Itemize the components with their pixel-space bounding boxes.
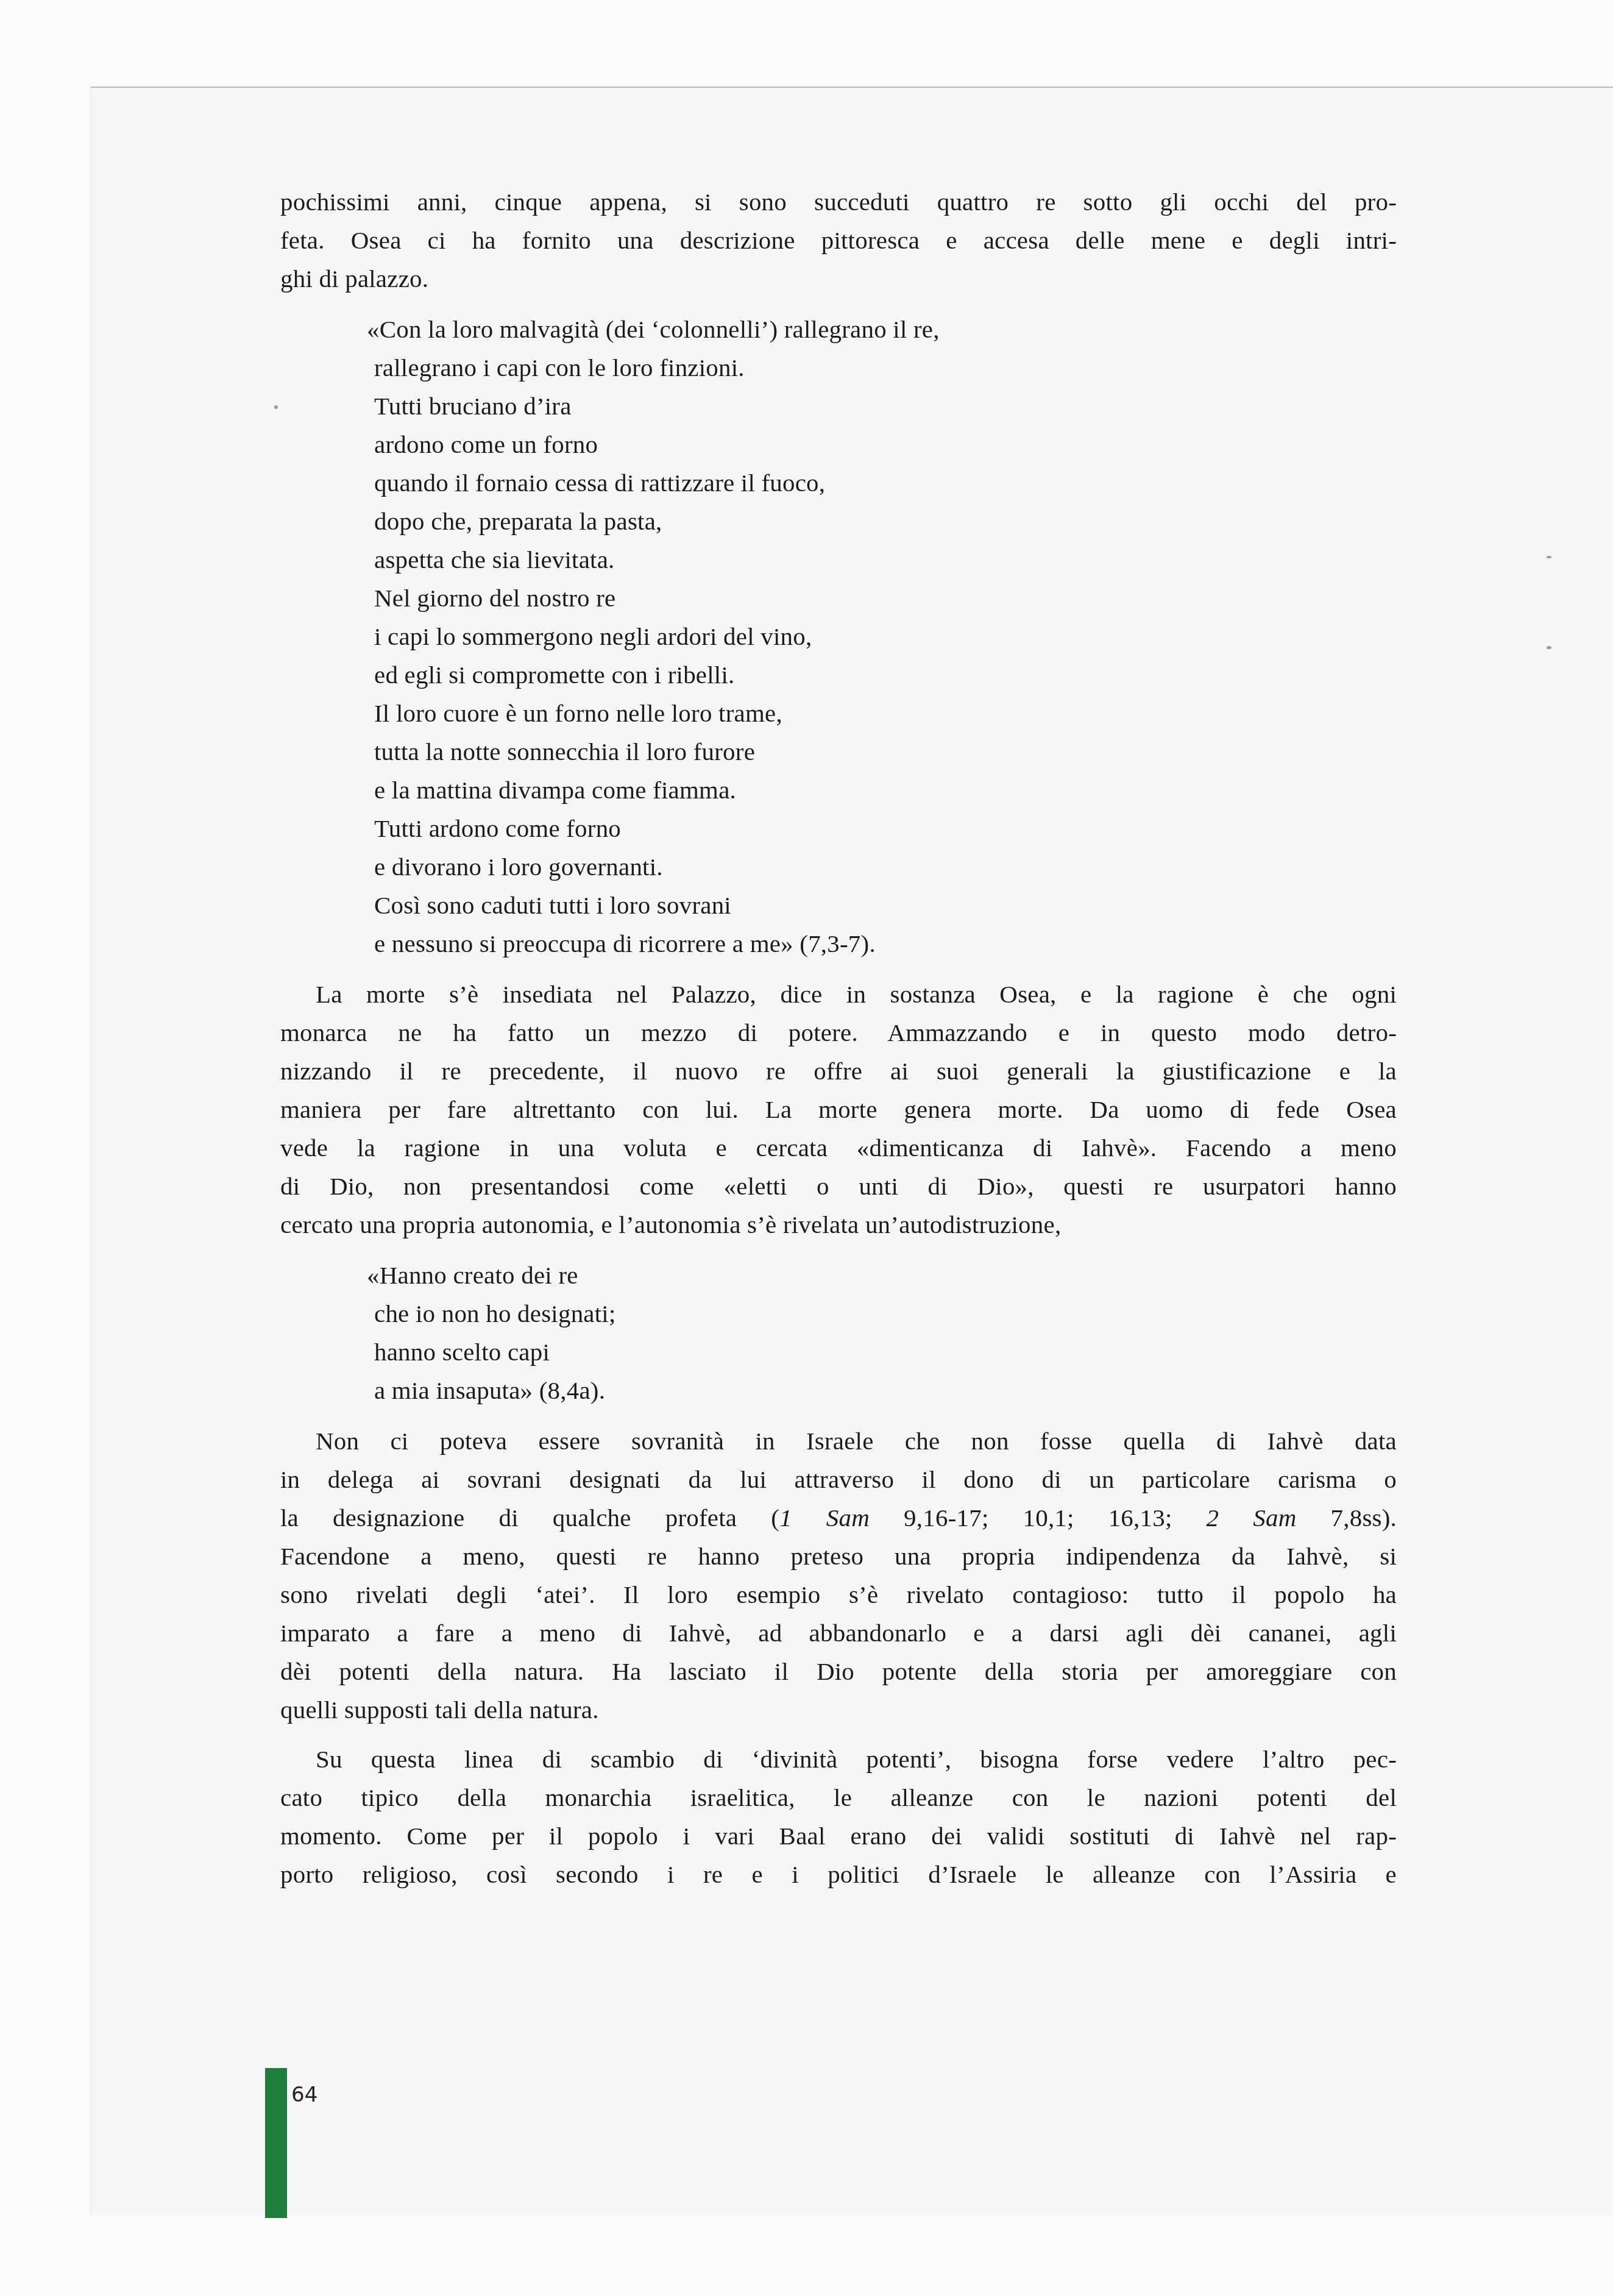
text-line: La morte s’è insediata nel Palazzo, dice… [280,975,1397,1014]
book-reference: 2 Sam [1207,1504,1297,1532]
body-text: pochissimi anni, cinque appena, si sono … [280,183,1397,1894]
paragraph-continuation: pochissimi anni, cinque appena, si sono … [280,183,1397,298]
verse-line: Il loro cuore è un forno nelle loro tram… [374,694,1397,733]
scan-speck [1547,646,1551,649]
paragraph-death-in-palace: La morte s’è insediata nel Palazzo, dice… [280,975,1397,1244]
text-line: nizzando il re precedente, il nuovo re o… [280,1052,1397,1090]
paragraph-gap [280,1729,1397,1740]
text-line: vede la ragione in una voluta e cercata … [280,1129,1397,1167]
page-number-accent-bar [265,2068,287,2218]
text-line-with-references: la designazione di qualche profeta (1 Sa… [280,1499,1397,1537]
text-fragment: 7,8ss). [1297,1504,1397,1532]
text-line: pochissimi anni, cinque appena, si sono … [280,183,1397,221]
verse-line: aspetta che sia lievitata. [374,541,1397,579]
verse-line: Tutti bruciano d’ira [374,387,1397,425]
page-number: 64 [291,2083,317,2107]
scan-speck [274,405,278,409]
text-line: dèi potenti della natura. Ha lasciato il… [280,1652,1397,1691]
text-line: ghi di palazzo. [280,260,1397,298]
text-line: feta. Osea ci ha fornito una descrizione… [280,221,1397,260]
text-fragment: la designazione di qualche profeta ( [280,1504,779,1532]
verse-line: quando il fornaio cessa di rattizzare il… [374,464,1397,502]
verse-line: e la mattina divampa come fiamma. [374,771,1397,809]
verse-line: ed egli si compromette con i ribelli. [374,656,1397,694]
text-fragment: 9,16-17; 10,1; 16,13; [870,1504,1207,1532]
verse-line: ardono come un forno [374,425,1397,464]
verse-line: dopo che, preparata la pasta, [374,502,1397,541]
text-line: cato tipico della monarchia israelitica,… [280,1779,1397,1817]
text-line: cercato una propria autonomia, e l’auton… [280,1206,1397,1244]
paragraph-alliances: Su questa linea di scambio di ‘divinità … [280,1740,1397,1894]
verse-line: rallegrano i capi con le loro finzioni. [374,349,1397,387]
verse-line: Nel giorno del nostro re [374,579,1397,617]
paragraph-sovereignty: Non ci poteva essere sovranità in Israel… [280,1422,1397,1729]
text-line: di Dio, non presentandosi come «eletti o… [280,1167,1397,1206]
quote-hosea-7-3-7: «Con la loro malvagità (dei ‘colonnelli’… [280,310,1397,963]
verse-line: i capi lo sommergono negli ardori del vi… [374,617,1397,656]
text-line: in delega ai sovrani designati da lui at… [280,1460,1397,1499]
text-line: momento. Come per il popolo i vari Baal … [280,1817,1397,1855]
verse-line: «Con la loro malvagità (dei ‘colonnelli’… [374,310,1397,349]
book-reference: 1 Sam [779,1504,870,1532]
text-line: Su questa linea di scambio di ‘divinità … [280,1740,1397,1779]
verse-line: a mia insaputa» (8,4a). [374,1371,1397,1410]
text-line: imparato a fare a meno di Iahvè, ad abba… [280,1614,1397,1652]
scan-speck [1547,556,1551,558]
verse-line: che io non ho designati; [374,1295,1397,1333]
verse-line: «Hanno creato dei re [374,1256,1397,1295]
text-line: maniera per fare altrettanto con lui. La… [280,1090,1397,1129]
verse-line: Tutti ardono come forno [374,809,1397,848]
text-line: Facendone a meno, questi re hanno pretes… [280,1537,1397,1576]
text-line: porto religioso, così secondo i re e i p… [280,1855,1397,1894]
text-line: quelli supposti tali della natura. [280,1691,1397,1729]
text-line: monarca ne ha fatto un mezzo di potere. … [280,1014,1397,1052]
verse-line: tutta la notte sonnecchia il loro furore [374,733,1397,771]
verse-line: e divorano i loro governanti. [374,848,1397,886]
verse-line: Così sono caduti tutti i loro sovrani [374,886,1397,925]
text-line: Non ci poteva essere sovranità in Israel… [280,1422,1397,1460]
quote-hosea-8-4a: «Hanno creato dei re che io non ho desig… [280,1256,1397,1410]
verse-line: e nessuno si preoccupa di ricorrere a me… [374,925,1397,963]
verse-line: hanno scelto capi [374,1333,1397,1371]
text-line: sono rivelati degli ‘atei’. Il loro esem… [280,1576,1397,1614]
